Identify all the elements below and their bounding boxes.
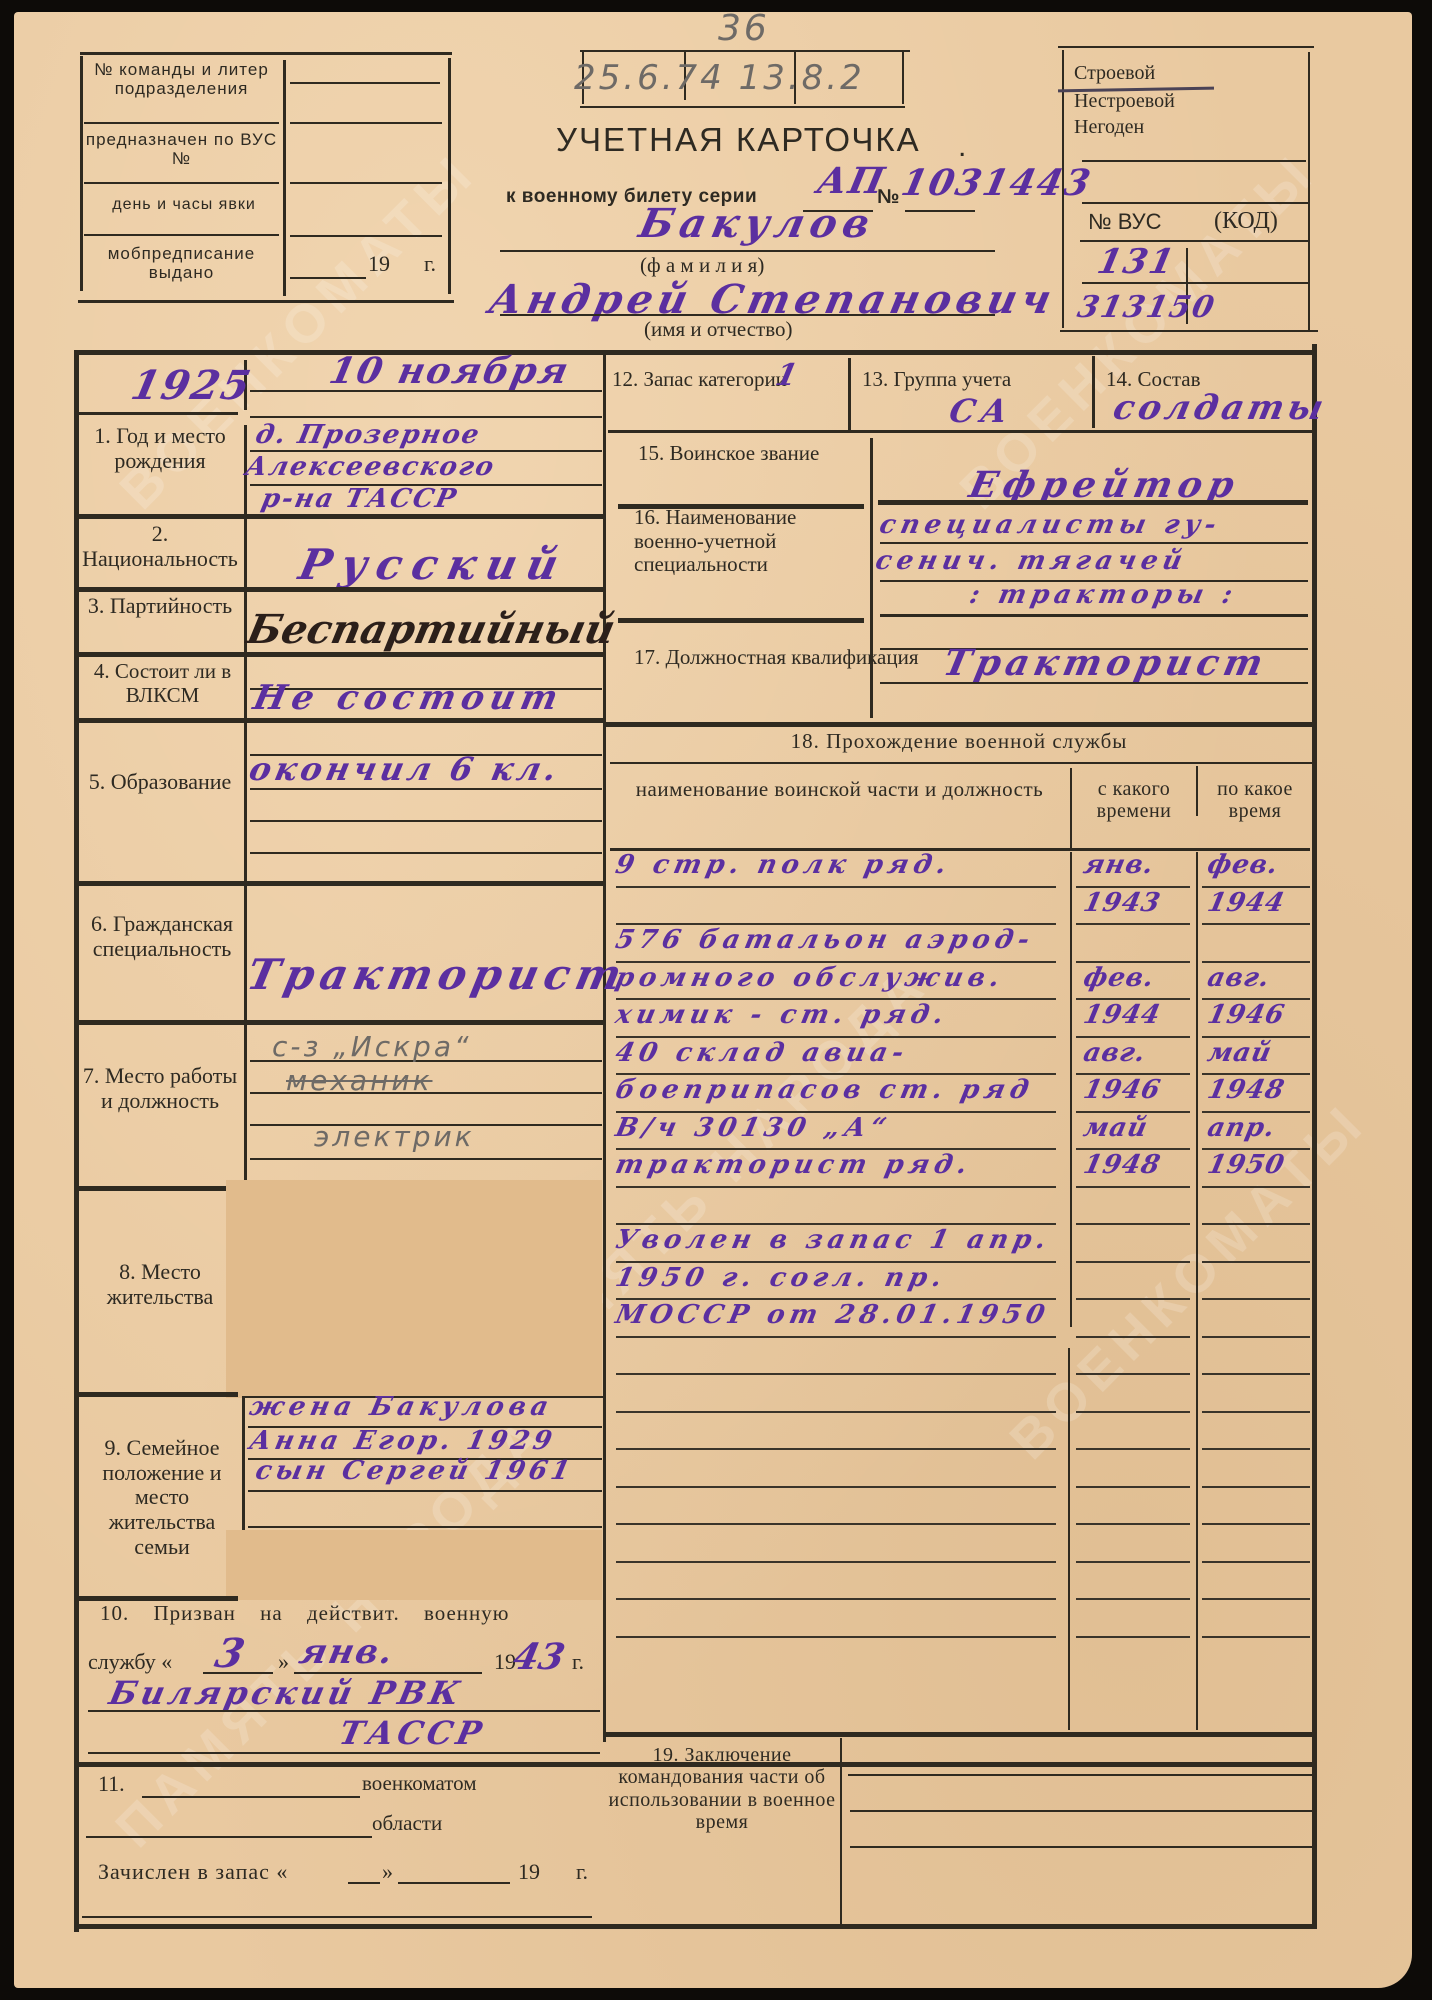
f16-line-2: сенич. тягачей: [873, 546, 1190, 576]
from-cell: 1943: [1081, 888, 1164, 918]
unit-cell: ромного обслужив.: [613, 963, 1007, 993]
workplace-line-1: с-з „Искра“: [272, 1030, 471, 1063]
draft-line-1: 10. Призван на действит. военную: [100, 1602, 600, 1626]
ticket-number-value: 1031443: [898, 162, 1096, 204]
from-cell: 1948: [1081, 1150, 1164, 1180]
from-cell: янв.: [1081, 850, 1157, 880]
region-label: области: [372, 1812, 442, 1836]
number-sign: №: [877, 186, 899, 208]
archive-number: 36: [718, 8, 770, 49]
family-line-2: Анна Егор. 1929: [247, 1426, 559, 1456]
birth-place-line-2: Алексеевского: [243, 452, 498, 482]
unit-cell: 1950 г. согл. пр.: [613, 1263, 950, 1293]
field3-label: 3. Партийность: [80, 594, 240, 619]
birth-date-value: 10 ноября: [326, 350, 574, 392]
redacted-family-residence: [226, 1530, 602, 1600]
stamp-code: 25.6.74 13.8.2: [574, 58, 865, 98]
workplace-line-3: электрик: [314, 1120, 475, 1153]
assigned-vus-label: предназначен по ВУС №: [84, 130, 279, 168]
f13-value: СА: [946, 392, 1018, 430]
field1-label: 1. Год и место рождения: [80, 424, 240, 473]
birth-place-line-1: д. Прозерное: [253, 420, 484, 450]
conclusion-label: 19. Заключение командования части об исп…: [606, 1744, 838, 1834]
unit-cell: В/ч 30130 „А“: [613, 1113, 894, 1143]
name-caption: (имя и отчество): [644, 318, 793, 342]
arrival-time-label: день и часы явки: [84, 196, 284, 214]
surname-caption: (ф а м и л и я): [640, 254, 764, 278]
f14-value: солдаты: [1110, 388, 1331, 428]
draft-year-suffix: 43: [510, 1636, 569, 1678]
fitness-option-noncombat: Нестроевой: [1074, 90, 1175, 112]
from-cell: 1944: [1081, 1000, 1164, 1030]
to-cell: 1950: [1205, 1150, 1288, 1180]
draft-quote-close: »: [278, 1650, 289, 1675]
family-line-3: сын Сергей 1961: [253, 1456, 577, 1486]
komsomol-value: Не состоит: [250, 678, 568, 718]
family-line-1: жена Бакулова: [247, 1392, 556, 1422]
civil-specialty-value: Тракторист: [243, 950, 632, 999]
from-cell: 1946: [1081, 1075, 1164, 1105]
unit-cell: химик - ст. ряд.: [613, 1000, 951, 1030]
code-label: (КОД): [1214, 208, 1278, 235]
surname-value: Бакулов: [635, 200, 880, 247]
birth-year-value: 1925: [127, 362, 256, 409]
redacted-residence: [226, 1180, 602, 1398]
unit-cell: МОССР от 28.01.1950: [613, 1300, 1053, 1330]
vus-value: 131: [1094, 242, 1179, 282]
to-cell: 1944: [1205, 888, 1288, 918]
f16-line-3: : тракторы :: [967, 580, 1240, 610]
vus-label: № ВУС: [1088, 210, 1162, 235]
draft-year-g: г.: [572, 1650, 584, 1675]
education-value: окончил 6 кл.: [246, 750, 564, 788]
f17-label: 17. Должностная квалификация: [634, 646, 919, 670]
to-cell: апр.: [1205, 1113, 1278, 1143]
to-cell: 1946: [1205, 1000, 1288, 1030]
field4-label: 4. Состоит ли в ВЛКСМ: [80, 660, 245, 707]
to-cell: май: [1205, 1038, 1275, 1068]
field8-label: 8. Место жительства: [80, 1260, 240, 1309]
unit-cell: 40 склад авиа-: [613, 1038, 912, 1068]
enlisted-label: Зачислен в запас «: [98, 1860, 288, 1885]
reserve-number: 11.: [98, 1772, 125, 1797]
title-dot: .: [958, 130, 966, 164]
field9-label: 9. Семейное положение и место жительства…: [80, 1436, 244, 1559]
from-cell: фев.: [1081, 963, 1158, 993]
unit-cell: тракторист ряд.: [613, 1150, 975, 1180]
f17-value: Тракторист: [940, 642, 1272, 684]
draft-month-value: янв.: [296, 1632, 399, 1672]
f16-line-1: специалисты гу-: [877, 510, 1224, 540]
party-value: Беспартийный: [243, 606, 619, 653]
birth-place-line-3: р-на ТАССР: [259, 484, 461, 514]
field7-label: 7. Место работы и должность: [80, 1064, 240, 1113]
column-header-unit: наименование воинской части и должность: [612, 778, 1067, 802]
f15-label: 15. Воинское звание: [638, 442, 819, 466]
enlisted-quote-close: »: [382, 1860, 393, 1885]
code-value: 313150: [1074, 290, 1219, 325]
workplace-line-2: механик: [286, 1064, 433, 1097]
fitness-option-unfit: Негоден: [1074, 116, 1144, 138]
mob-order-label: мобпредписание выдано: [84, 244, 279, 282]
field6-label: 6. Гражданская специальность: [80, 912, 244, 961]
fitness-option-combat: Строевой: [1074, 62, 1155, 84]
card-title: УЧЕТНАЯ КАРТОЧКА: [556, 122, 921, 159]
f16-label: 16. Наименование военно-учетной специаль…: [634, 506, 849, 577]
mob-order-year-suffix: г.: [424, 252, 436, 277]
to-cell: фев.: [1205, 850, 1282, 880]
unit-cell: 9 стр. полк ряд.: [613, 850, 954, 880]
commissariat-label: военкоматом: [362, 1772, 477, 1796]
draft-office-line-2: ТАССР: [336, 1714, 489, 1752]
field5-label: 5. Образование: [80, 770, 240, 795]
column-header-from: с какого времени: [1074, 778, 1194, 823]
enlisted-year-suffix: г.: [576, 1860, 588, 1885]
to-cell: 1948: [1205, 1075, 1288, 1105]
unit-cell: Уволен в запас 1 апр.: [613, 1225, 1054, 1255]
nationality-value: Русский: [295, 540, 573, 589]
command-number-label: № команды и литер подразделения: [84, 60, 279, 98]
unit-cell: боеприпасов ст. ряд: [613, 1075, 1036, 1105]
service-history-title: 18. Прохождение военной службы: [606, 730, 1312, 754]
f13-label: 13. Группа учета: [862, 368, 1011, 392]
column-header-to: по какое время: [1200, 778, 1310, 823]
mob-order-year-prefix: 19: [368, 252, 390, 277]
field2-label: 2. Национальность: [80, 522, 240, 571]
from-cell: май: [1081, 1113, 1151, 1143]
draft-office-line-1: Билярский РВК: [106, 1674, 467, 1712]
draft-line-2-prefix: службу «: [88, 1650, 172, 1675]
to-cell: авг.: [1205, 963, 1273, 993]
f12-label: 12. Запас категории: [612, 368, 787, 392]
from-cell: авг.: [1081, 1038, 1149, 1068]
unit-cell: 576 батальон аэрод-: [613, 925, 1037, 955]
enlisted-year-prefix: 19: [518, 1860, 540, 1885]
